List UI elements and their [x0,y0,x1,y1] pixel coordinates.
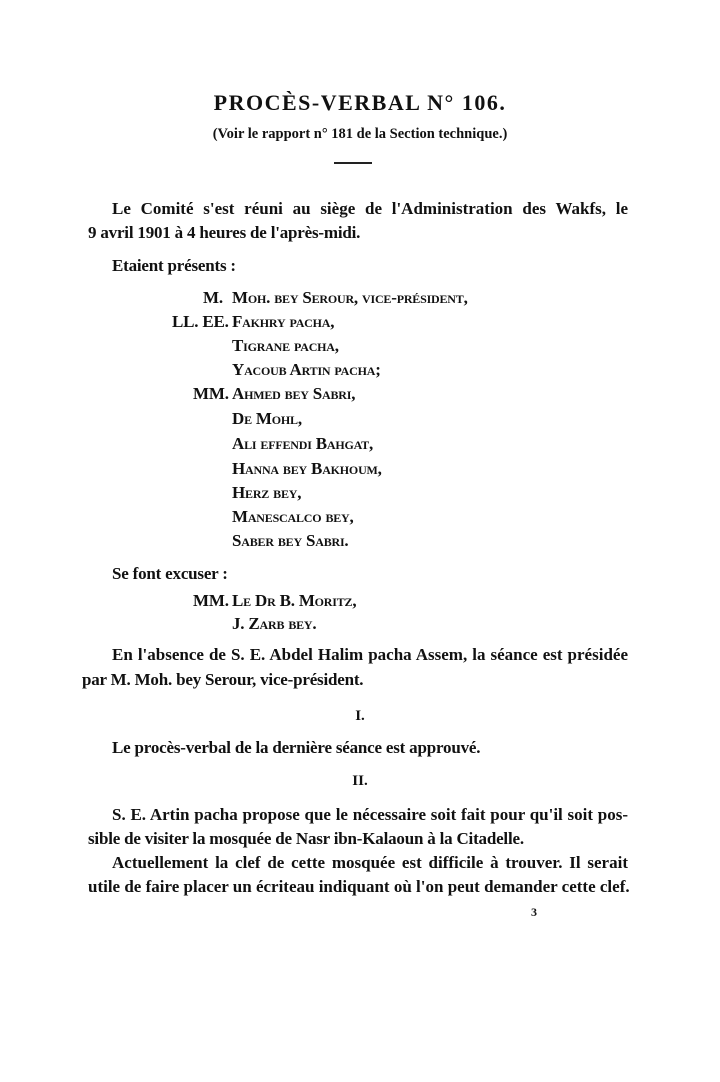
section-text: utile de faire placer un écriteau indiqu… [88,877,628,897]
present-name: Manescalco bey, [232,507,354,527]
present-title: MM. [193,384,229,404]
section-numeral: I. [0,708,720,725]
present-name: Herz bey, [232,483,301,503]
section-text: S. E. Artin pacha propose que le nécessa… [112,805,628,825]
title-divider [334,162,372,164]
presidency-line-2: par M. Moh. bey Serour, vice-président. [82,670,363,690]
present-name: Tigrane pacha, [232,336,339,356]
present-name: Saber bey Sabri. [232,531,348,551]
intro-line-2: 9 avril 1901 à 4 heures de l'après-midi. [88,223,360,243]
excused-name: Le Dr B. Moritz, [232,591,356,611]
present-name: Ali effendi Bahgat, [232,434,373,454]
section-text: Actuellement la clef de cette mosquée es… [112,853,628,873]
present-name: Hanna bey Bakhoum, [232,459,382,479]
document-page: PROCÈS-VERBAL N° 106. (Voir le rapport n… [0,0,720,1082]
present-name: Yacoub Artin pacha; [232,360,381,380]
intro-line-1: Le Comité s'est réuni au siège de l'Admi… [112,199,628,219]
present-name: Fakhry pacha, [232,312,334,332]
present-name: Moh. bey Serour, vice-président, [232,288,468,308]
present-title: LL. EE. [172,312,229,332]
page-number: 3 [531,905,537,920]
present-name: Ahmed bey Sabri, [232,384,355,404]
section-numeral: II. [0,773,720,790]
page-subtitle: (Voir le rapport n° 181 de la Section te… [0,126,720,143]
present-name: De Mohl, [232,409,302,429]
excused-title: MM. [193,591,229,611]
present-title: M. [203,288,227,308]
section-text: Le procès-verbal de la dernière séance e… [112,738,480,758]
presidency-line-1: En l'absence de S. E. Abdel Halim pacha … [112,645,628,665]
section-text: sible de visiter la mosquée de Nasr ibn-… [88,829,524,849]
page-title: PROCÈS-VERBAL N° 106. [0,90,720,116]
present-heading: Etaient présents : [112,256,236,276]
excused-heading: Se font excuser : [112,564,228,584]
excused-name: J. Zarb bey. [232,614,316,634]
